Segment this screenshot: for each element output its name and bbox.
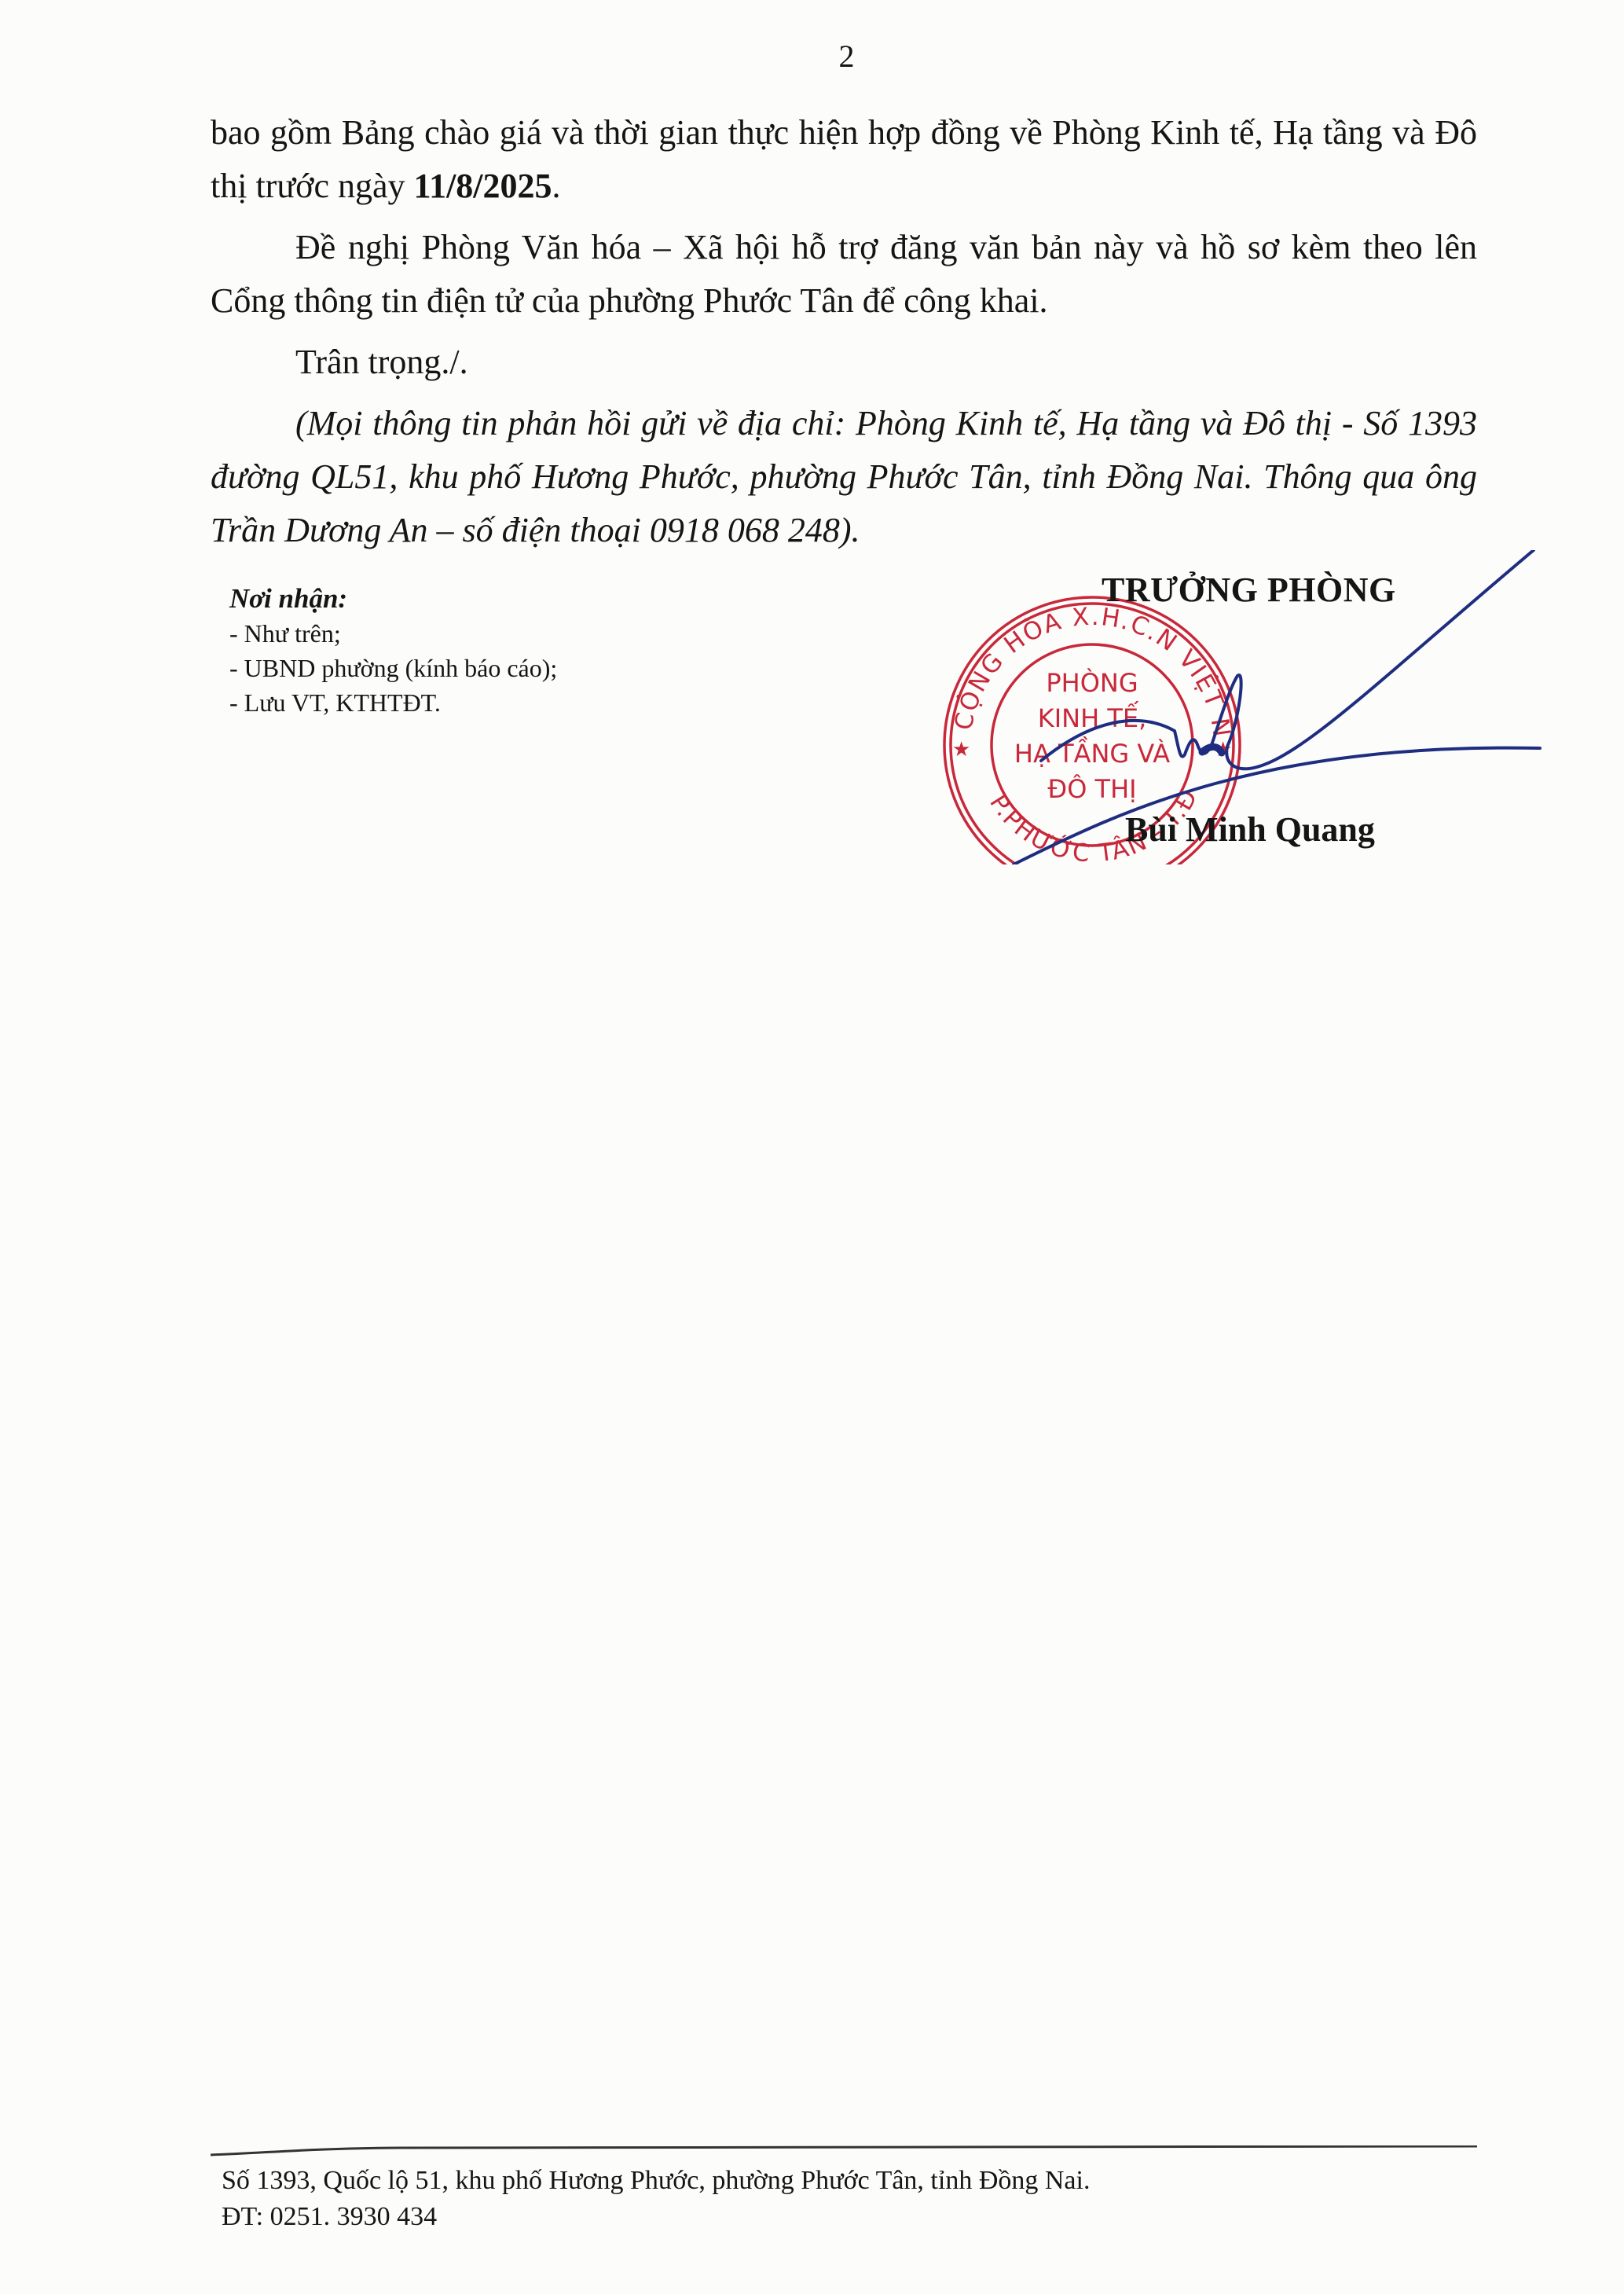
signature-block: CỘNG HÒA X.H.C.N VIỆT NAM P.PHƯỚC TÂN - … bbox=[935, 550, 1548, 864]
recipients-title: Nơi nhận: bbox=[229, 582, 557, 616]
deadline-date: 11/8/2025 bbox=[414, 167, 552, 205]
signer-name: Bùi Minh Quang bbox=[1125, 809, 1375, 850]
footer-phone: ĐT: 0251. 3930 434 bbox=[222, 2199, 1090, 2235]
recipients-block: Nơi nhận: - Như trên; - UBND phường (kín… bbox=[229, 582, 557, 720]
recipient-item: - Như trên; bbox=[229, 616, 557, 651]
closing-salutation: Trân trọng./. bbox=[211, 336, 1477, 389]
letter-body: bao gồm Bảng chào giá và thời gian thực … bbox=[211, 106, 1477, 557]
paragraph-contact-info: (Mọi thông tin phản hồi gửi về địa chỉ: … bbox=[211, 397, 1477, 557]
paragraph-quotation-request: bao gồm Bảng chào giá và thời gian thực … bbox=[211, 106, 1477, 213]
footer-divider bbox=[211, 2145, 1477, 2156]
paragraph-publication-request: Đề nghị Phòng Văn hóa – Xã hội hỗ trợ đă… bbox=[211, 221, 1477, 328]
page-number: 2 bbox=[0, 38, 1624, 75]
footer-address: Số 1393, Quốc lộ 51, khu phố Hương Phước… bbox=[222, 2163, 1090, 2199]
recipient-item: - UBND phường (kính báo cáo); bbox=[229, 651, 557, 685]
footer: Số 1393, Quốc lộ 51, khu phố Hương Phước… bbox=[222, 2163, 1090, 2235]
recipient-item: - Lưu VT, KTHTĐT. bbox=[229, 685, 557, 720]
